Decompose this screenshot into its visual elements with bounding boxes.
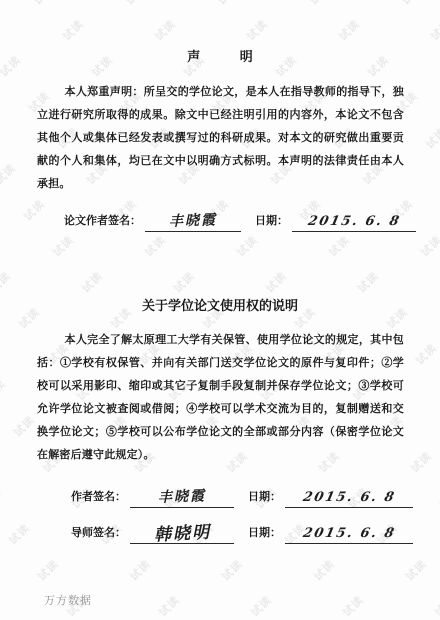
supervisor-signature-line: 韩晓明: [130, 519, 234, 544]
date-label: 日期：: [255, 214, 288, 232]
declaration-body-text: 本人郑重声明：所呈交的学位论文，是本人在指导教师的指导下，独立进行研究所取得的成…: [37, 81, 404, 196]
author-signature-label: 论文作者签名：: [64, 214, 141, 232]
usage-author-signature-handwriting: 丰晓霞: [158, 485, 207, 508]
declaration-title: 声 明: [0, 46, 440, 65]
date-line: 2015. 6. 8: [292, 214, 416, 232]
usage-statement-title: 关于学位论文使用权的说明: [0, 295, 440, 314]
scanned-thesis-declaration-page: 试读试读试读试读试读试读试读试读试读试读试读试读试读试读试读试读试读试读试读试读…: [0, 0, 440, 620]
author-signature-handwriting: 丰晓霞: [169, 209, 218, 232]
usage-author-signature-label: 作者签名：: [71, 490, 126, 508]
supervisor-signature-label: 导师签名：: [71, 526, 126, 544]
usage-author-date-handwriting: 2015. 6. 8: [301, 490, 397, 507]
wanfang-data-watermark: 万方数据: [44, 592, 92, 608]
supervisor-date-label: 日期：: [248, 526, 281, 544]
usage-author-signature-line: 丰晓霞: [130, 486, 234, 508]
usage-author-signature-row: 作者签名： 丰晓霞 日期： 2015. 6. 8: [71, 486, 413, 508]
declaration-signature-row: 论文作者签名： 丰晓霞 日期： 2015. 6. 8: [64, 210, 416, 232]
supervisor-signature-row: 导师签名： 韩晓明 日期： 2015. 6. 8: [71, 519, 413, 544]
page-content: 声 明 本人郑重声明：所呈交的学位论文，是本人在指导教师的指导下，独立进行研究所…: [0, 0, 440, 620]
usage-author-date-label: 日期：: [248, 490, 281, 508]
usage-statement-body-text: 本人完全了解太原理工大学有关保管、使用学位论文的规定，其中包括：①学校有权保管、…: [37, 329, 404, 467]
supervisor-signature-handwriting: 韩晓明: [153, 518, 211, 546]
author-signature-line: 丰晓霞: [145, 210, 241, 232]
usage-author-date-line: 2015. 6. 8: [285, 490, 413, 508]
supervisor-date-line: 2015. 6. 8: [285, 526, 413, 544]
supervisor-date-handwriting: 2015. 6. 8: [301, 526, 397, 543]
date-handwriting: 2015. 6. 8: [306, 214, 402, 231]
